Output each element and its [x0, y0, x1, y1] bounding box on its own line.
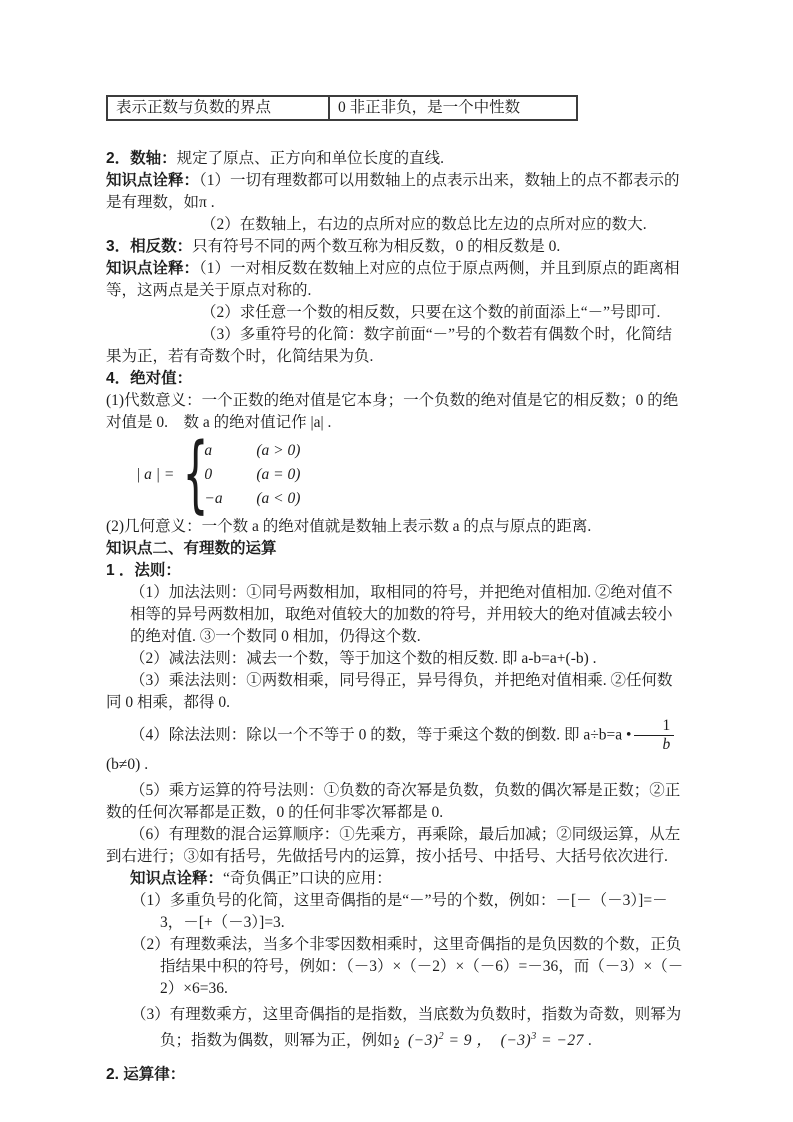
heading2-text: 知识点二、有理数的运算 [106, 540, 277, 557]
para-rule5-power-sign: （5）乘方运算的符号法则：①负数的奇次幂是负数，负数的偶次幂是正数；②正数的任何… [106, 780, 686, 824]
para-item4-absolute-value: 4．绝对值： [106, 368, 686, 390]
page-number: 2 [0, 1036, 793, 1052]
para-note3c: （3）多重符号的化简：数字前面“－”号的个数若有偶数个时，化简结果为正，若有奇数… [106, 324, 686, 368]
item3-label: 3．相反数： [106, 238, 192, 255]
heading-knowledge-point-2: 知识点二、有理数的运算 [106, 538, 686, 560]
para-rule3-multiplication: （3）乘法法则：①两数相乘，同号得正，异号得负，并把绝对值相乘. ②任何数同 0… [106, 670, 686, 714]
para-note-odd-even: 知识点诠释：“奇负偶正”口诀的应用： [106, 868, 686, 890]
note-odd-label: 知识点诠释： [130, 870, 223, 887]
para-odd1-multiple-negatives: （1）多重负号的化简，这里奇偶指的是“－”号的个数，例如：－[－（－3）]=－3… [160, 890, 686, 934]
summary-table: 表示正数与负数的界点 0 非正非负，是一个中性数 [106, 95, 578, 121]
rule4-text: （4）除法法则：除以一个不等于 0 的数，等于乘这个数的倒数. 即 a÷b=a … [130, 726, 631, 743]
note-odd-text: “奇负偶正”口诀的应用： [223, 870, 392, 887]
case-condition: (a > 0) [256, 439, 300, 463]
absolute-value-piecewise-formula: | a | = { a (a > 0) 0 (a = 0) −a (a < 0) [136, 439, 686, 511]
item2-text: 规定了原点、正方向和单位长度的直线. [177, 150, 444, 167]
para-rule6-mixed-order: （6）有理数的混合运算顺序：①先乘方，再乘除，最后加减；②同级运算，从左到右进行… [106, 824, 686, 868]
note3-label: 知识点诠释： [106, 260, 199, 277]
para-rule1-addition: （1）加法法则：①同号两数相加，取相同的符号，并把绝对值相加. ②绝对值不相等的… [130, 582, 686, 648]
document-body: 表示正数与负数的界点 0 非正非负，是一个中性数 2．数轴：规定了原点、正方向和… [106, 95, 686, 1086]
laws-heading-text: 2. 运算律： [106, 1066, 185, 1083]
rule4-condition: (b≠0) . [106, 756, 148, 773]
formula-case-zero: 0 (a = 0) [204, 463, 300, 487]
formula-case-negative: −a (a < 0) [204, 487, 300, 511]
table-row: 表示正数与负数的界点 0 非正非负，是一个中性数 [107, 96, 577, 120]
item3-text: 只有符号不同的两个数互称为相反数，0 的相反数是 0. [192, 238, 560, 255]
case-value: a [204, 439, 256, 463]
heading-rules: 1 ．法则： [106, 560, 686, 582]
case-value: −a [204, 487, 256, 511]
case-value: 0 [204, 463, 256, 487]
para-note2b: （2）在数轴上，右边的点所对应的数总比左边的点所对应的数大. [106, 214, 686, 236]
item4-label: 4．绝对值： [106, 370, 192, 387]
para-item3-opposite-number: 3．相反数：只有符号不同的两个数互称为相反数，0 的相反数是 0. [106, 236, 686, 258]
fraction-denominator: b [634, 736, 674, 753]
para-item2-number-axis: 2．数轴：规定了原点、正方向和单位长度的直线. [106, 148, 686, 170]
case-condition: (a = 0) [256, 463, 300, 487]
case-condition: (a < 0) [256, 487, 300, 511]
item2-label: 2．数轴： [106, 150, 177, 167]
para-note3: 知识点诠释：（1）一对相反数在数轴上对应的点位于原点两侧，并且到原点的距离相等，… [106, 258, 686, 302]
para-rule4-division: （4）除法法则：除以一个不等于 0 的数，等于乘这个数的倒数. 即 a÷b=a … [106, 718, 686, 776]
para-note2: 知识点诠释：（1）一切有理数都可以用数轴上的点表示出来，数轴上的点不都表示的是有… [106, 170, 686, 214]
table-cell-zero-neutral: 0 非正非负，是一个中性数 [329, 96, 577, 120]
note2-label: 知识点诠释： [106, 172, 199, 189]
table-cell-boundary-point: 表示正数与负数的界点 [107, 96, 329, 120]
fraction-one-over-b: 1b [634, 718, 674, 754]
para-note3b: （2）求任意一个数的相反数，只要在这个数的前面添上“－”号即可. [106, 302, 686, 324]
para-odd2-multiplication-sign: （2）有理数乘法，当多个非零因数相乘时，这里奇偶指的是负因数的个数，正负指结果中… [160, 934, 686, 1000]
formula-cases: a (a > 0) 0 (a = 0) −a (a < 0) [204, 439, 300, 511]
formula-lhs: | a | = [136, 464, 174, 486]
fraction-numerator: 1 [634, 718, 674, 736]
rules-heading-text: 1 ．法则： [106, 562, 181, 579]
heading-operation-laws: 2. 运算律： [106, 1064, 686, 1086]
left-brace-icon: { [183, 438, 196, 511]
formula-case-positive: a (a > 0) [204, 439, 300, 463]
para-rule2-subtraction: （2）减法法则：减去一个数，等于加这个数的相反数. 即 a-b=a+(-b) . [106, 648, 686, 670]
